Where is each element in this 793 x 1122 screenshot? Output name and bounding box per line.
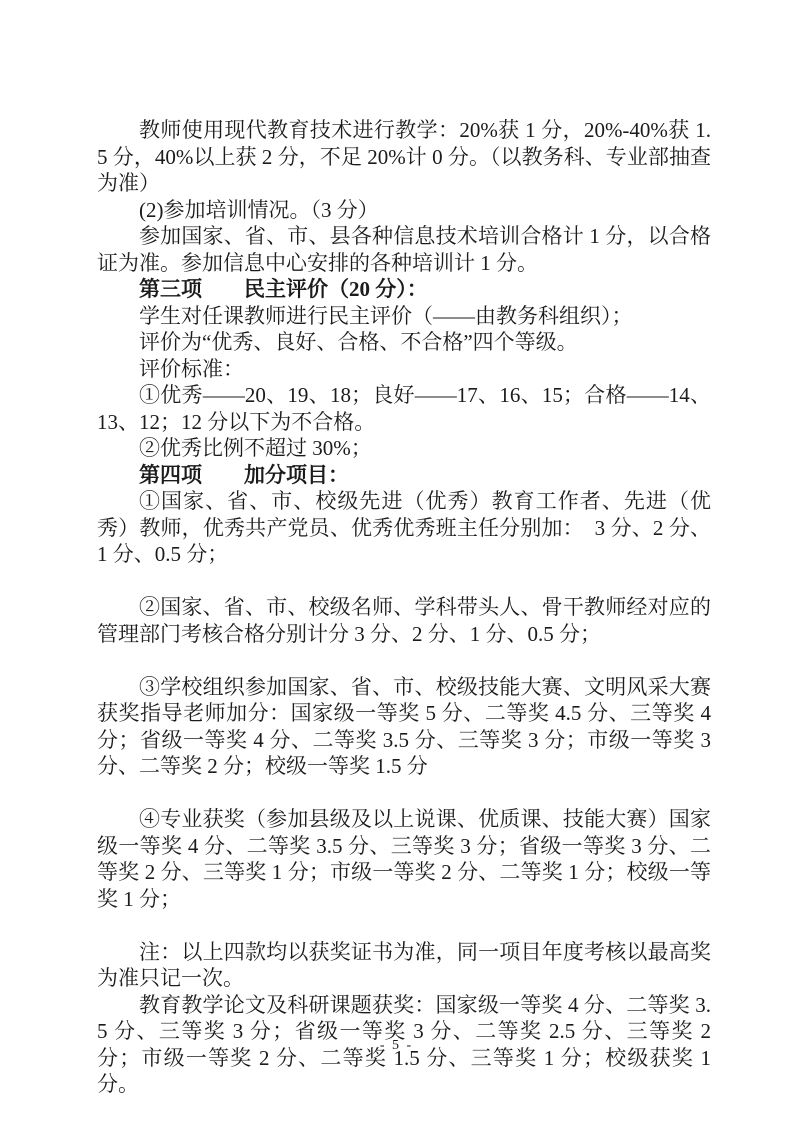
paragraph-training-scoring: 参加国家、省、市、县各种信息技术培训合格计 1 分，以合格证为准。参加信息中心安… [97,223,711,276]
paragraph-training-participation: (2)参加培训情况。（3 分） [97,197,711,224]
document-body: 教师使用现代教育技术进行教学：20%获 1 分，20%-40%获 1.5 分，4… [97,117,711,1098]
paragraph-bonus-item-1: ①国家、省、市、校级先进（优秀）教育工作者、先进（优秀）教师，优秀共产党员、优秀… [97,488,711,568]
paragraph-bonus-item-2: ②国家、省、市、校级名师、学科带头人、骨干教师经对应的管理部门考核合格分别计分 … [97,594,711,647]
paragraph-bonus-item-3: ③学校组织参加国家、省、市、校级技能大赛、文明风采大赛获奖指导老师加分：国家级一… [97,674,711,780]
paragraph-democratic-evaluation-intro: 学生对任课教师进行民主评价（——由教务科组织）； [97,303,711,330]
heading-section-three: 第三项 民主评价（20 分）： [97,276,711,303]
page-number: - 5 - [0,1038,793,1054]
heading-section-four: 第四项 加分项目： [97,462,711,489]
paragraph-modern-edu-tech: 教师使用现代教育技术进行教学：20%获 1 分，20%-40%获 1.5 分，4… [97,117,711,197]
paragraph-note: 注：以上四款均以获奖证书为准，同一项目年度考核以最高奖为准只记一次。 [97,939,711,992]
paragraph-evaluation-criteria-label: 评价标准： [97,356,711,383]
document-page: 教师使用现代教育技术进行教学：20%获 1 分，20%-40%获 1.5 分，4… [0,0,793,1122]
paragraph-evaluation-grades: 评价为“优秀、良好、合格、不合格”四个等级。 [97,329,711,356]
paragraph-criteria-score-bands: ①优秀——20、19、18；良好——17、16、15；合格——14、13、12；… [97,382,711,435]
paragraph-bonus-item-4: ④专业获奖（参加县级及以上说课、优质课、技能大赛）国家级一等奖 4 分、二等奖 … [97,806,711,912]
paragraph-excellent-ratio: ②优秀比例不超过 30%； [97,435,711,462]
